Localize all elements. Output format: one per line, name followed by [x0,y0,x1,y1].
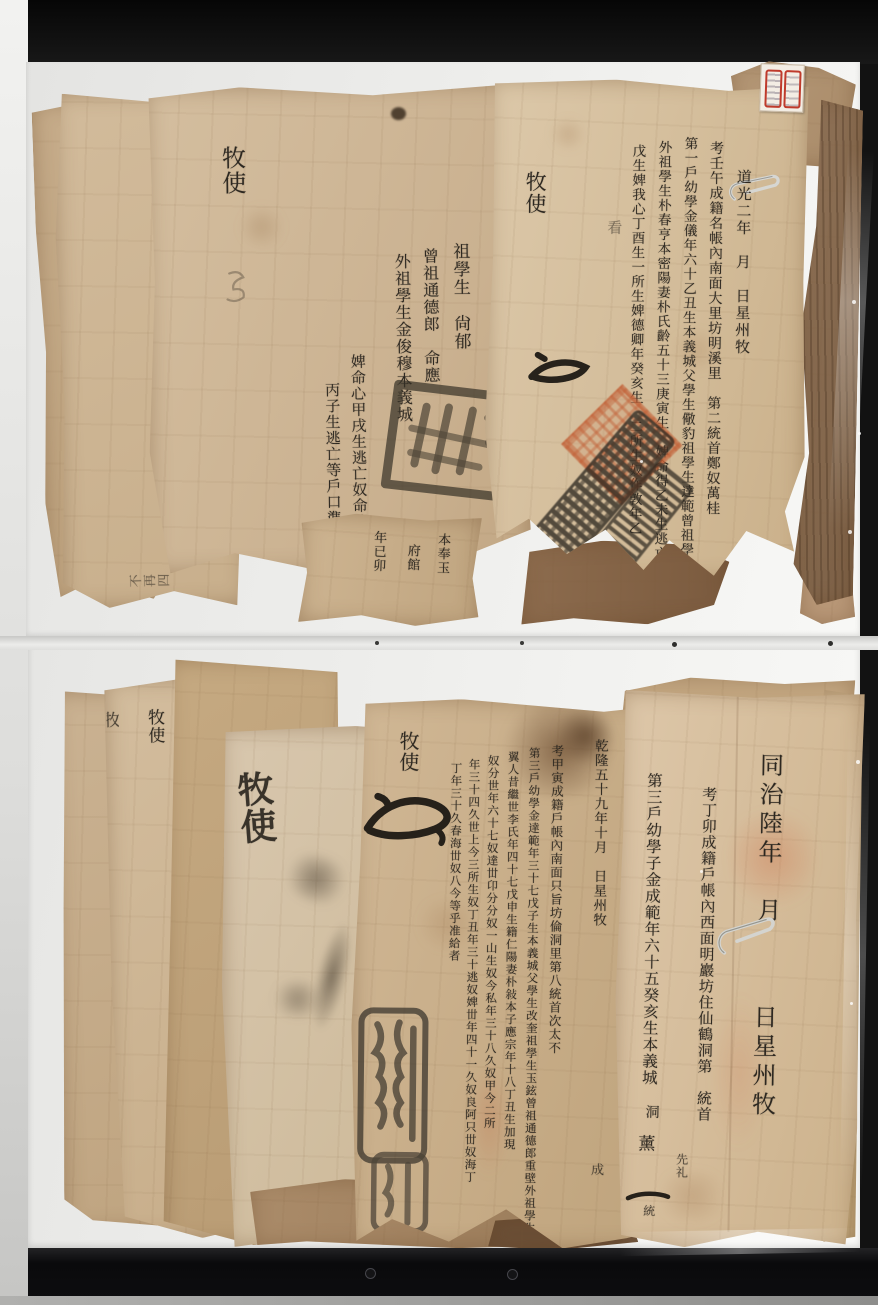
fragment-column: 年已卯 [370,530,385,572]
ink-spot [391,107,406,120]
seam-hole [520,641,524,645]
signature-mark: 洞 [643,1104,658,1119]
document-right-hojeok: 牧使 看 道光二年 月 日星州牧 考壬午成籍名帳內南面大里坊明溪里 第二統首鄭奴… [483,78,808,581]
doc-right-header: 牧使 [523,171,546,215]
faint-mark: 看 [606,220,622,236]
fragment-column: 本奉玉 [434,533,449,575]
glare-speck [856,760,860,764]
ink-smudge [270,981,325,1016]
seam-hole [375,641,379,645]
signature-underline [624,1188,672,1205]
moksa-header-large: 牧使 [232,769,276,846]
register-column: 考丁卯成籍戶帳內西面明巖坊住仙鶴洞第 統首 [695,786,717,1122]
register-column: 奴分世年六十七奴達丗卬分分奴一山生奴今私年三十八久奴甲今二所 [483,755,499,1130]
fragment-column: 府館 [404,544,419,572]
date-column: 乾隆五十九年十月 日星州牧 [590,739,607,928]
glare-speck [640,460,643,463]
album-photo-page: 不再四 牧使 祖學生 尙郁 曾祖通德郎 命應 外祖學生金俊穆本義城 婢命心甲戌生… [0,0,878,1305]
label-sticker [759,63,805,113]
register-column: 丁年三十久春海丗奴八今等乎准給者 [448,762,462,962]
paper-stain [548,119,588,149]
date-column-top: 同治陸年 月 [753,752,782,926]
faint-signature-squiggle [221,267,251,303]
rotated-side-note: 不再四 [129,576,171,591]
torn-scrap-fragments: 本奉玉 府館 年已卯 [298,512,482,628]
glare-speck [700,870,703,873]
doc-center-header: 牧使 [396,731,418,773]
brush-flourish [359,786,456,849]
register-column: 年三十四久世上今三所生奴丁丑年三十逃奴婢丗年四十一久奴良阿只丗奴海丁 [464,758,481,1183]
date-column: 道光二年 月 日星州牧 [734,169,752,356]
clipped-partial-header: 牧 [107,711,119,729]
sleeve-seam [0,636,878,650]
glare-speck [852,300,856,304]
doc-left-header: 牧使 [217,145,244,195]
paper-clip [724,170,785,205]
floor-strip [0,1296,878,1305]
label-box [764,69,782,108]
binding-rivet [365,1268,376,1279]
register-column: 考壬午成籍名帳內南面大里坊明溪里 第二統首鄭奴萬桂 [704,141,723,516]
document-left-hojeok: 牧使 祖學生 尙郁 曾祖通德郎 命應 外祖學生金俊穆本義城 婢命心甲戌生逃亡奴命… [145,83,532,573]
register-column: 第三戶幼學子金成範年六十五癸亥生本義城 [640,772,662,1086]
brush-flourish [525,347,591,390]
signature-mark: 先礼 [674,1153,687,1179]
ink-smudge [276,846,357,912]
ink-smudge [304,919,359,1033]
label-box [783,70,801,109]
genealogy-column: 曾祖通德郎 命應 [421,248,440,384]
signature-mark: 薰 [635,1134,654,1152]
moksa-header-small: 牧使 [145,708,164,744]
seam-hole [828,641,833,646]
slave-record-column: 婢命心甲戌生逃亡奴命傳 [349,354,368,530]
signature-mark: 統 [642,1204,655,1217]
date-column-bottom: 日星州牧 [747,1004,775,1120]
register-column: 考甲寅成籍戶帳內南面只旨坊倫洞里第八統首次太不 [547,744,564,1055]
tall-official-stamp [351,1004,439,1237]
document-right-tongzhi: 同治陸年 月 日星州牧 考丁卯成籍戶帳內西面明巖坊住仙鶴洞第 統首 第三戶幼學子… [611,690,865,1250]
binding-rivet [507,1269,518,1280]
seam-hole [672,642,677,647]
glare-speck [858,432,861,435]
genealogy-column: 祖學生 尙郁 [450,242,470,350]
paper-stain [236,207,287,248]
register-column: 第三戶幼學金達範年三十七戊子生本義城父學生改奎祖學生玉鉉曾祖通德郎重壁外祖學生 [523,747,541,1235]
signature-mark: 成 [588,1163,602,1177]
paper-clip [710,910,781,964]
register-column: 翼人昔繼世李氏年四十七戊申生籍仁陽妻朴敍本子應宗年十八丁丑生加現 [503,751,520,1151]
glare-speck [850,1002,853,1005]
glare-speck [848,530,852,534]
album-bottom-band [28,1248,878,1298]
album-top-band [28,0,878,64]
